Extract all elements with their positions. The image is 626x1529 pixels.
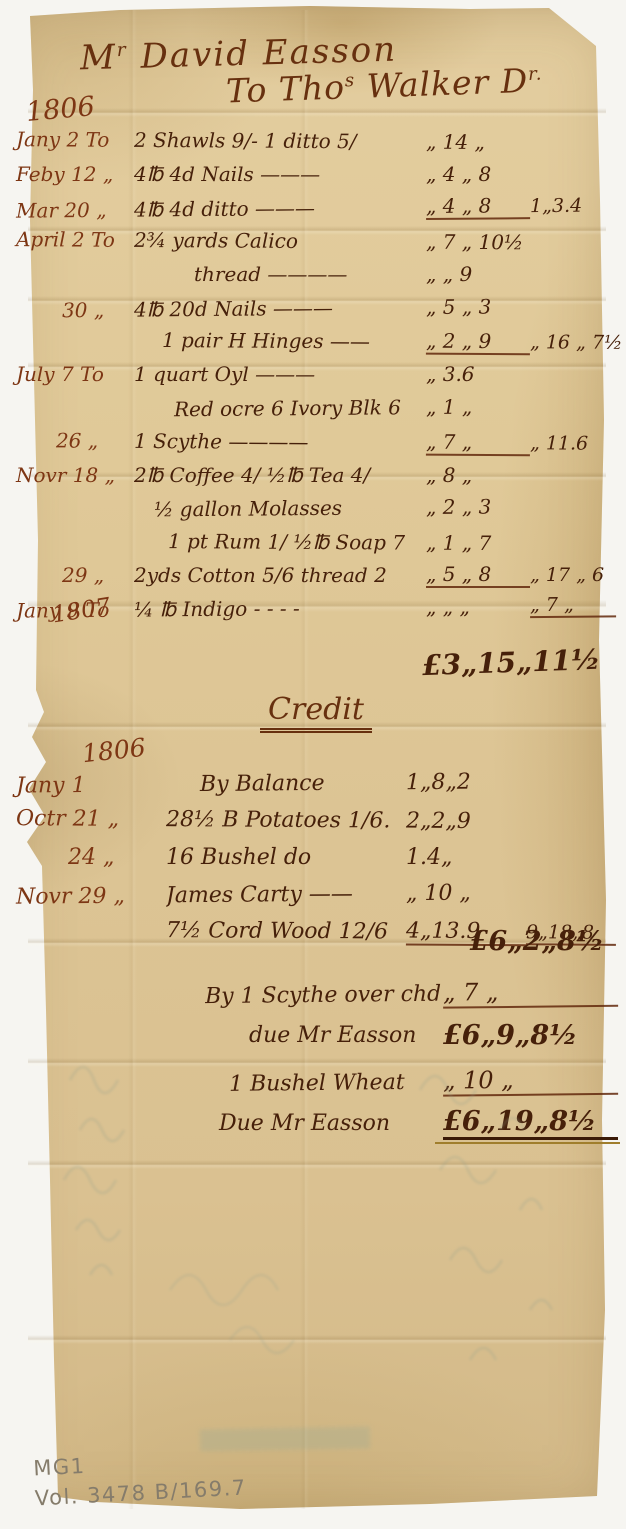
entry-description: Red ocre 6 Ivory Blk 6 (134, 395, 426, 422)
entry-description: 1 quart Oyl ——— (134, 362, 426, 386)
entry-description: thread ———— (134, 262, 426, 286)
ledger-row: 26 „1 Scythe ————„ 7 „„ 11.6 (16, 423, 616, 460)
entry-description: 7½ Cord Wood 12/6 (166, 918, 406, 944)
entry-amount: „ 2 „ 3 (426, 494, 530, 519)
ledger-row: Feby 12 „4℔ 4d Nails ———„ 4 „ 8 (16, 157, 616, 190)
entry-description: 28½ B Potatoes 1/6. (166, 807, 406, 833)
entry-description: 4℔ 20d Nails ——— (134, 295, 426, 322)
entry-amount: „ 1 „ 7 (426, 530, 530, 555)
entry-date (16, 510, 134, 511)
ledger-row: 1 pair H Hinges ——„ 2 „ 9„ 16 „ 7½ (16, 323, 616, 360)
entry-amount: 1.4„ (406, 845, 526, 870)
entry-amount: „ 2 „ 9 (426, 329, 530, 356)
entry-amount: „ 5 „ 3 (426, 294, 530, 319)
ledger-row: Jany 2 To2 Shawls 9/- 1 ditto 5/„ 14 „ (16, 122, 616, 159)
entry-date: 30 „ (16, 297, 134, 322)
settlement-row: 1 Bushel Wheat„ 10 „ (0, 1060, 626, 1107)
entry-description: due Mr Easson (205, 1023, 443, 1048)
entry-amount: „ 8 „ (426, 463, 530, 487)
entry-amount: „ 4 „ 8 (426, 162, 530, 186)
entry-description: 16 Bushel do (166, 845, 406, 870)
entry-amount: „ 7 „ (443, 977, 618, 1009)
settlement-section: By 1 Scythe over chd —„ 7 „ due Mr Easso… (0, 975, 626, 1143)
entry-amount: „ 5 „ 8 (426, 562, 530, 588)
ledger-row: 24 „16 Bushel do1.4„ (16, 839, 616, 876)
entry-amount: 2„2„9 (406, 809, 526, 835)
entry-description: 1 Scythe ———— (134, 428, 426, 454)
settlement-row: Due Mr Easson£6„19„8½ (0, 1103, 626, 1143)
entry-amount: „ 10 „ (443, 1065, 618, 1097)
entry-date: April 2 To (16, 227, 134, 252)
entry-date: July 7 To (16, 362, 134, 386)
entry-date: Jany 2 To (16, 127, 134, 152)
entry-description: By 1 Scythe over chd — (205, 981, 443, 1008)
entry-date: Feby 12 „ (16, 162, 134, 186)
entry-description: 1 pt Rum 1/ ½℔ Soap 7 (134, 528, 426, 554)
entry-description: 2℔ Coffee 4/ ½℔ Tea 4/ (134, 463, 426, 487)
ledger-row: Mar 20 „4℔ 4d ditto ———„ 4 „ 81„3.4 (16, 188, 616, 227)
ledger-row: July 7 To1 quart Oyl ———„ 3.6 (16, 358, 616, 391)
entry-description: 2 Shawls 9/- 1 ditto 5/ (134, 128, 426, 154)
entry-subtotal (530, 242, 616, 243)
entry-subtotal: „ 17 „ 6 (530, 564, 616, 586)
ledger-row: ½ gallon Molasses„ 2 „ 3 (16, 489, 616, 528)
entry-date: Novr 29 „ (16, 883, 166, 909)
entry-description: 4℔ 4d ditto ——— (134, 195, 426, 222)
entry-date: Novr 18 „ (16, 463, 134, 487)
entry-subtotal (526, 781, 616, 782)
entry-subtotal (530, 505, 616, 506)
ledger-row: April 2 To2¾ yards Calico„ 7 „ 10½ (16, 222, 616, 259)
entry-subtotal (530, 543, 616, 544)
entry-subtotal (526, 892, 616, 893)
entry-subtotal (530, 142, 616, 143)
entry-description: 2¾ yards Calico (134, 228, 426, 254)
entry-date: Jany 1 (16, 772, 166, 798)
entry-amount: „ 3.6 (426, 362, 530, 386)
entry-amount: „ 1 „ (426, 394, 530, 419)
ledger-row: thread ————„ „ 9 (16, 258, 616, 291)
entry-amount: „ 4 „ 8 (426, 193, 530, 220)
entry-amount: £6„9„8½ (443, 1020, 618, 1051)
entry-description: ½ gallon Molasses (134, 495, 426, 522)
ledger-row: 29 „2yds Cotton 5/6 thread 2„ 5 „ 8„ 17 … (16, 558, 616, 591)
ledger-row: Jany 1By Balance1„8„2 (16, 762, 616, 804)
settlement-row: By 1 Scythe over chd —„ 7 „ (0, 972, 626, 1019)
entry-date: 29 „ (16, 563, 134, 587)
entry-description: By Balance (166, 770, 406, 797)
entry-date (16, 540, 134, 541)
entry-date: Octr 21 „ (16, 806, 166, 832)
entry-description: 1 Bushel Wheat (205, 1069, 443, 1096)
debit-ledger: Jany 2 To2 Shawls 9/- 1 ditto 5/„ 14 „ F… (16, 124, 616, 625)
ledger-row: Red ocre 6 Ivory Blk 6„ 1 „ (16, 389, 616, 428)
entry-subtotal: „ 11.6 (530, 432, 616, 455)
entry-amount: „ 14 „ (426, 129, 530, 154)
credit-ledger: Credit 1806 Jany 1By Balance1„8„2 Octr 2… (16, 692, 616, 950)
entry-subtotal (530, 305, 616, 306)
entry-description: ¼ ℔ Indigo - - - - (134, 595, 426, 622)
credit-total: £6„2„8½ (470, 926, 604, 957)
entry-description: Due Mr Easson (205, 1111, 443, 1136)
debit-total: £3„15„11½ (421, 643, 600, 682)
credit-year: 1806 (81, 733, 147, 768)
credit-heading: Credit (16, 692, 616, 736)
ledger-row: Novr 18 „2℔ Coffee 4/ ½℔ Tea 4/„ 8 „ (16, 458, 616, 491)
entry-amount: „ 10 „ (406, 880, 526, 906)
entry-subtotal (530, 405, 616, 406)
ledger-row: 1 pt Rum 1/ ½℔ Soap 7„ 1 „ 7 (16, 523, 616, 560)
entry-description: James Carty —— (166, 881, 406, 908)
entry-date (16, 339, 134, 340)
entry-subtotal: „ 7 „ (530, 594, 616, 619)
entry-description: 4℔ 4d Nails ——— (134, 162, 426, 186)
entry-amount: £6„19„8½ (443, 1106, 618, 1140)
entry-date: Mar 20 „ (16, 197, 134, 222)
entry-description: 2yds Cotton 5/6 thread 2 (134, 563, 426, 587)
entry-subtotal (526, 822, 616, 823)
entry-subtotal: „ 16 „ 7½ (530, 331, 616, 354)
entry-date (16, 409, 134, 410)
ledger-row: Octr 21 „28½ B Potatoes 1/6.2„2„9 (16, 800, 616, 841)
entry-date: 26 „ (16, 427, 134, 452)
entry-amount: „ „ „ (426, 594, 530, 619)
entry-amount: „ 7 „ (426, 429, 530, 456)
document-scan: Mr David Easson 1806 To Thos Walker Dr. … (0, 0, 626, 1529)
entry-date (16, 930, 166, 931)
settlement-row: due Mr Easson£6„9„8½ (0, 1015, 626, 1055)
entry-description: 1 pair H Hinges —— (134, 328, 426, 354)
entry-amount: „ 7 „ 10½ (426, 230, 530, 255)
archive-notation: MG1 Vol. 3478 B/169.7 (33, 1442, 248, 1514)
ledger-row: Novr 29 „James Carty ——„ 10 „ (16, 873, 616, 915)
entry-date: 24 „ (16, 845, 166, 870)
ledger-row: 30 „4℔ 20d Nails ———„ 5 „ 3 (16, 288, 616, 327)
entry-amount: 1„8„2 (406, 769, 526, 795)
entry-amount: „ „ 9 (426, 262, 530, 286)
entry-subtotal: 1„3.4 (530, 194, 616, 217)
